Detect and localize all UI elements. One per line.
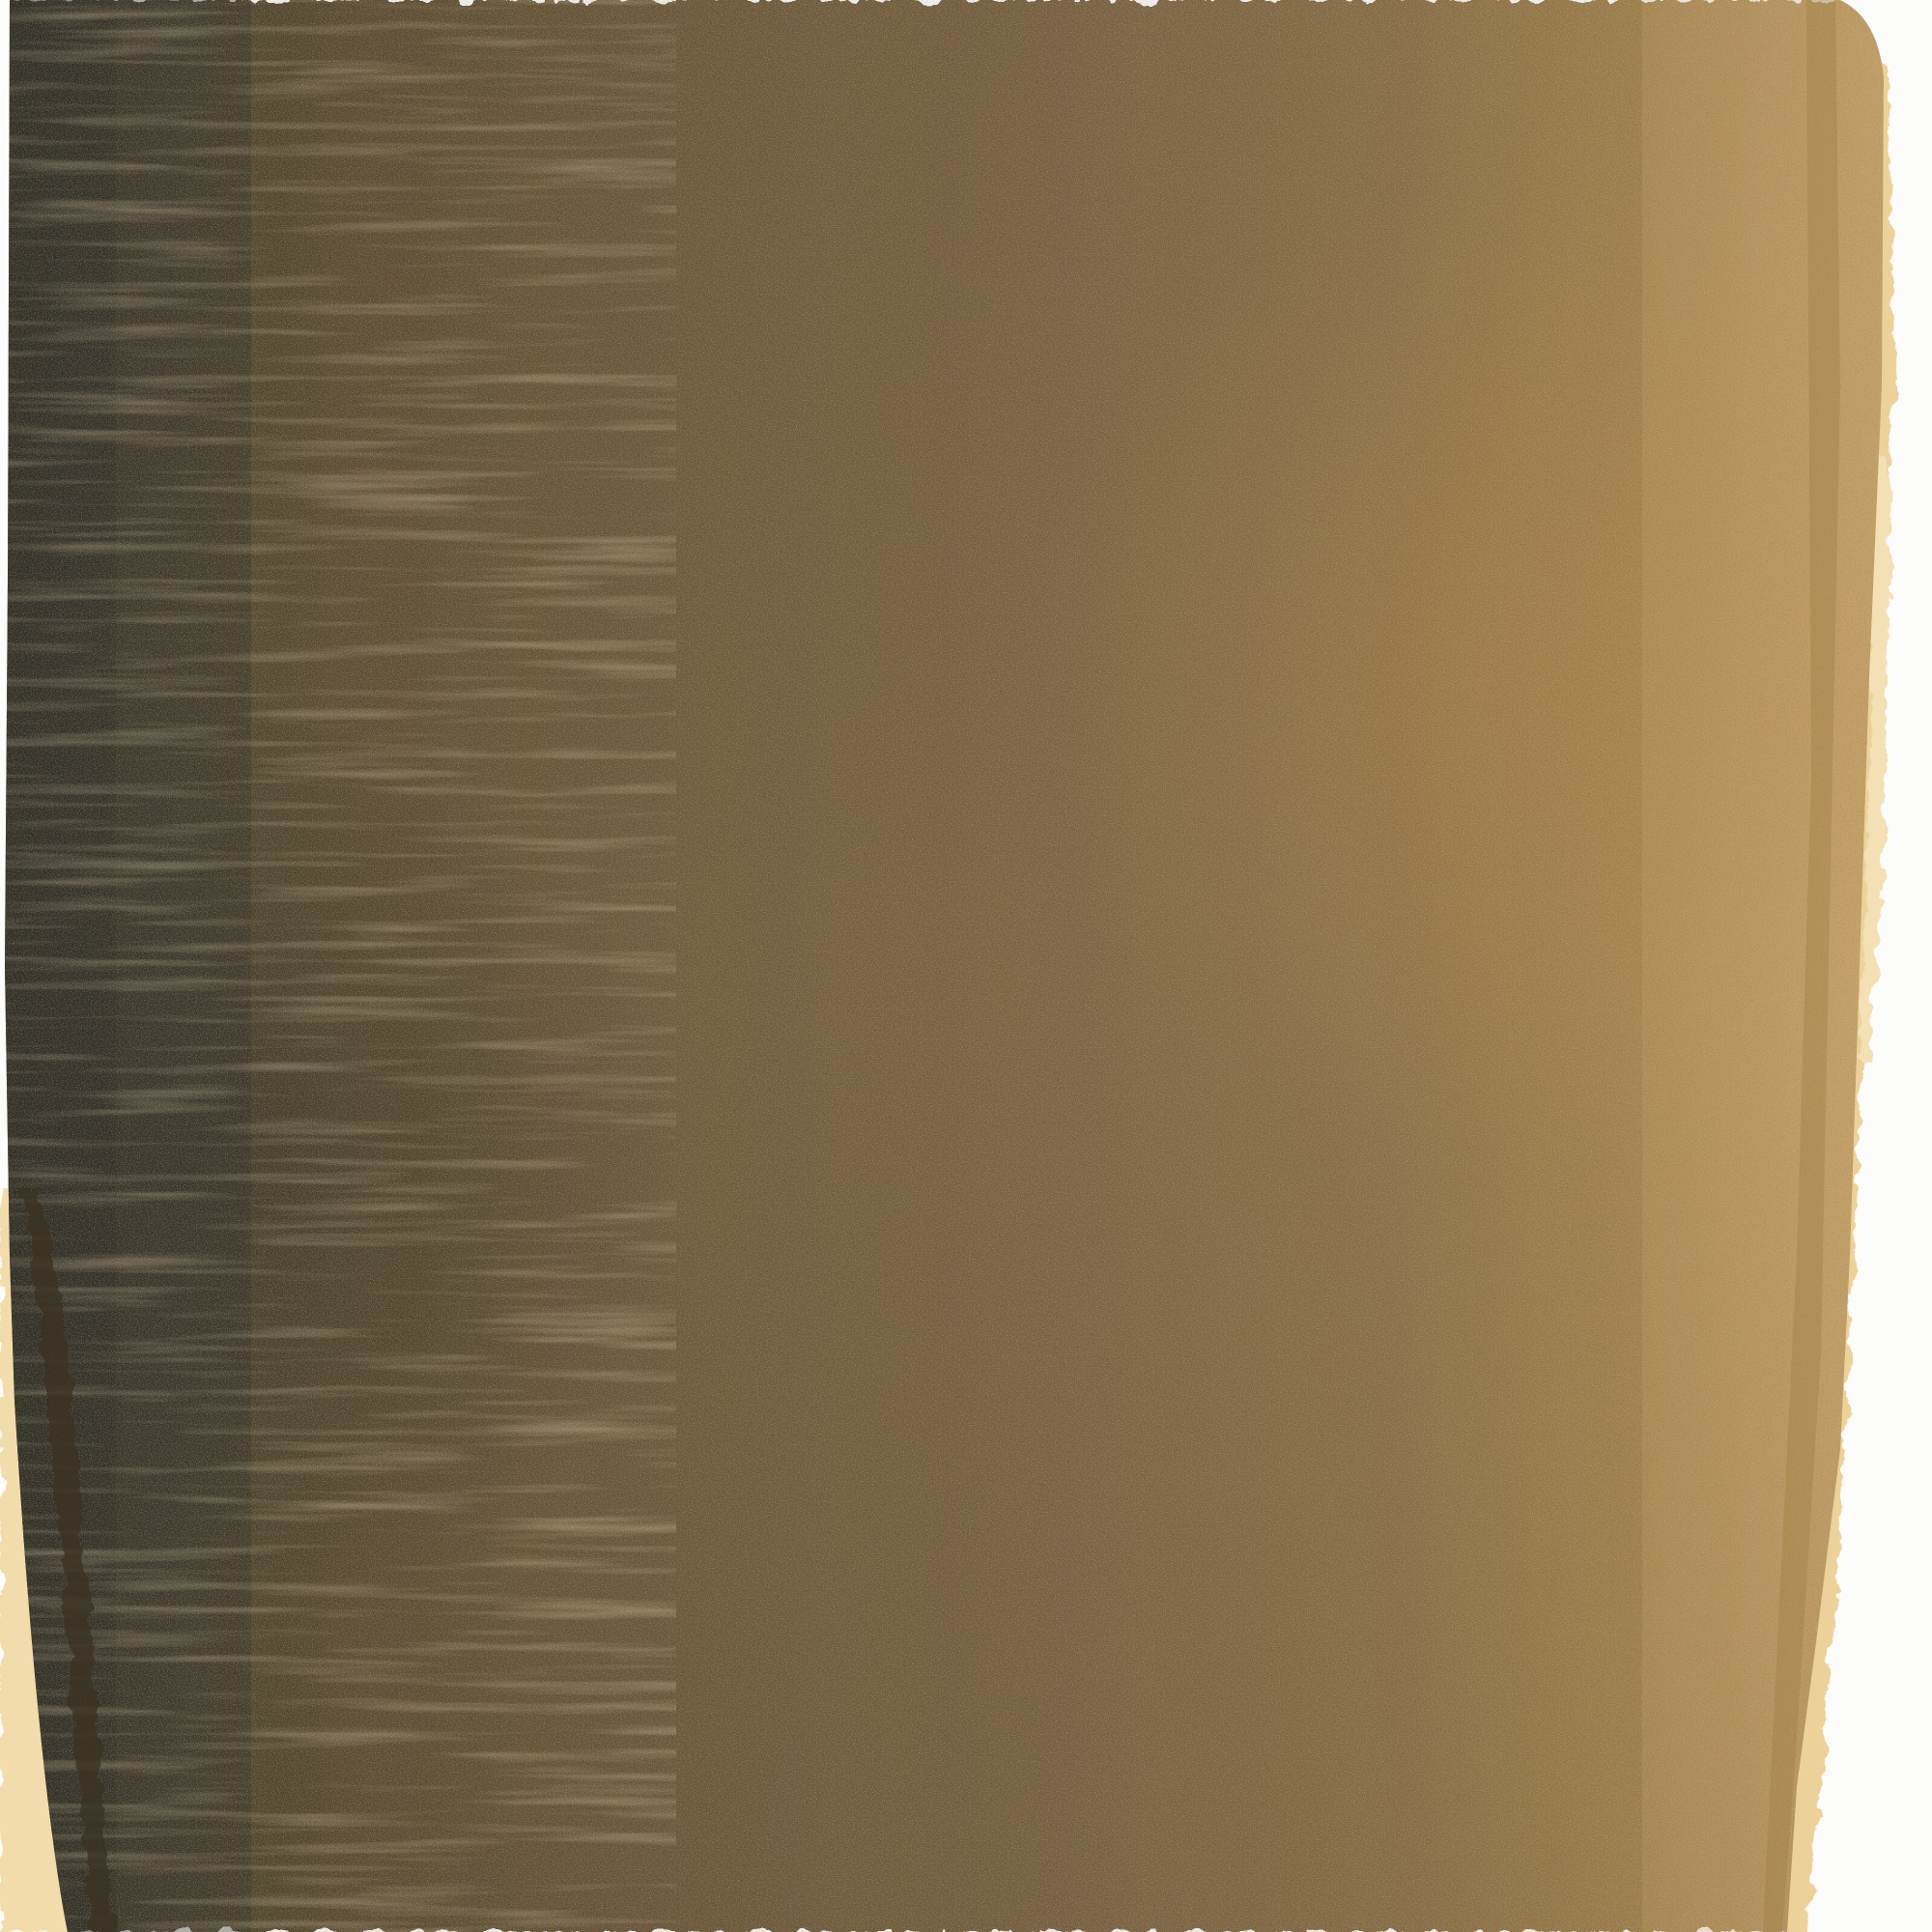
paint-swatch — [0, 0, 1932, 1932]
paint-swatch-graphic — [0, 0, 1932, 1932]
swatch-body — [0, 0, 1932, 1932]
paper-background — [0, 0, 1932, 1932]
